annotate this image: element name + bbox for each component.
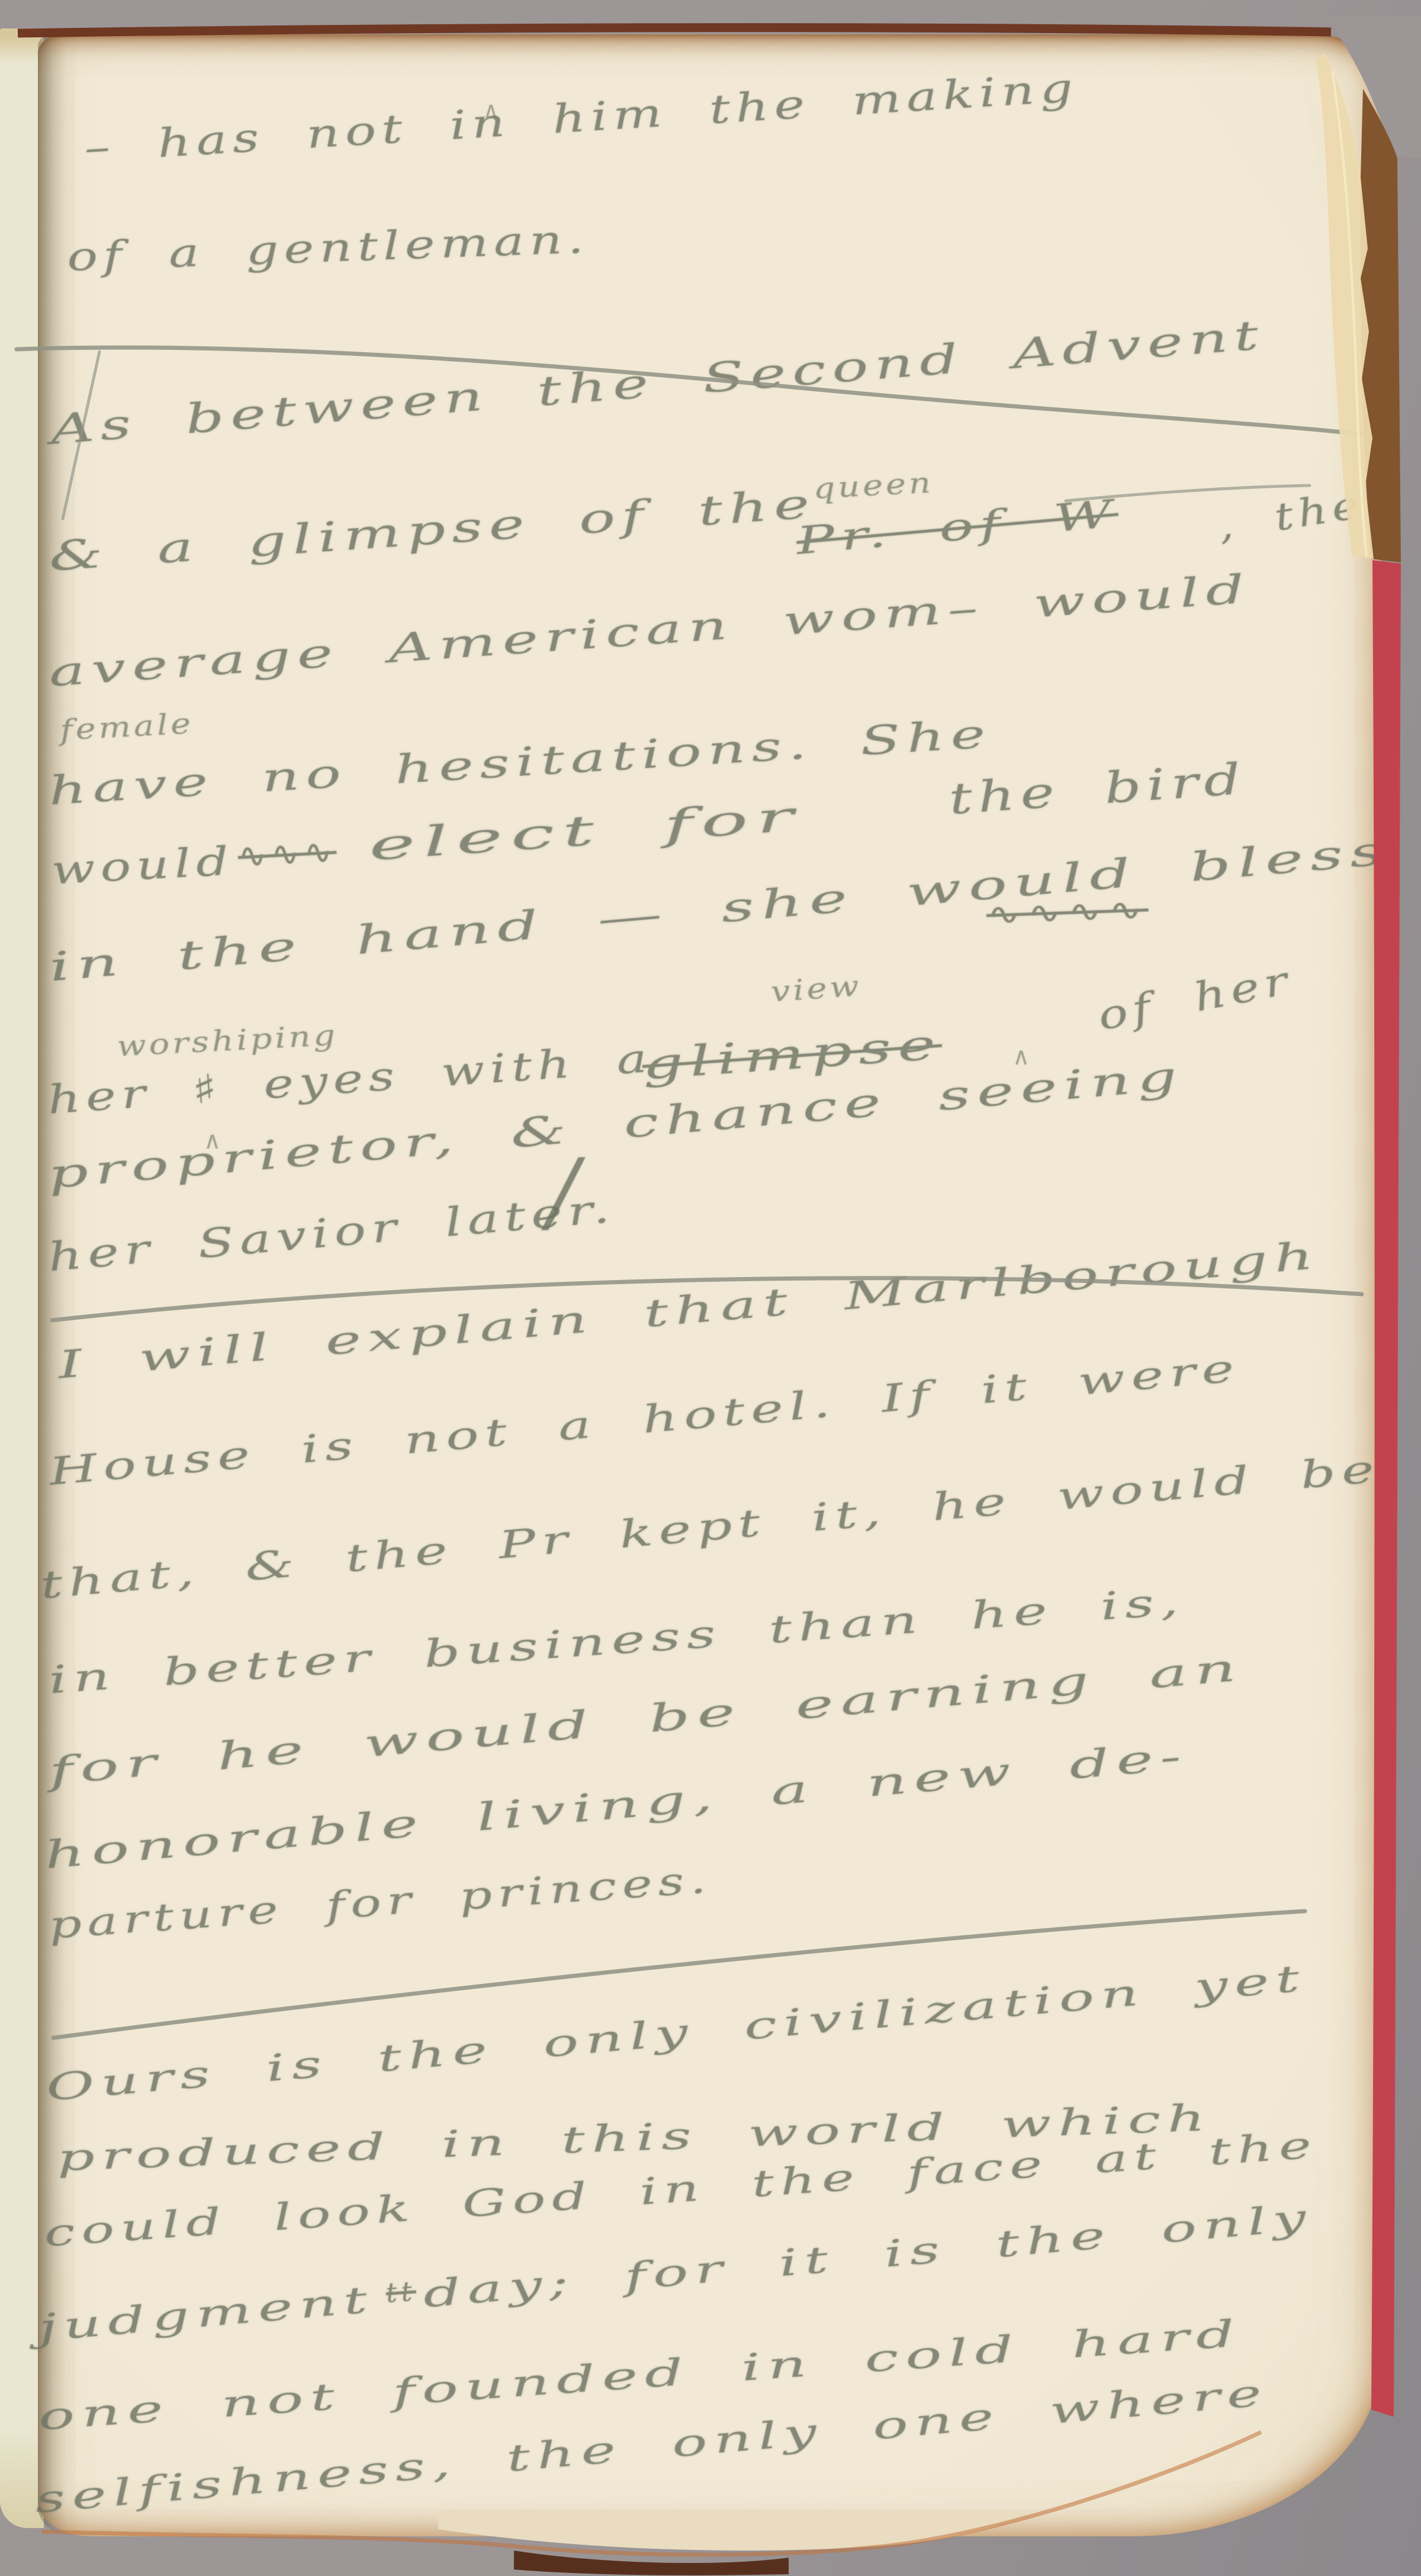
cover-sliver-bottom (514, 2551, 789, 2575)
paragraph-slash-mark: ∕ (548, 1140, 578, 1243)
caret-mark-s1: ∧ (483, 98, 503, 123)
struck-scribble-1: ∿∿∿ (237, 831, 337, 876)
manuscript-line-s2-5a: would (50, 838, 235, 893)
inserted-word-view: view (770, 969, 863, 1009)
notebook-scan: – has not in him the making ∧ of a gentl… (0, 0, 1421, 2576)
inserted-word-female: female (59, 707, 194, 747)
cover-top-edge (18, 28, 1331, 33)
inserted-word-queen: queen (812, 466, 934, 506)
previous-page-edge (0, 28, 44, 2528)
